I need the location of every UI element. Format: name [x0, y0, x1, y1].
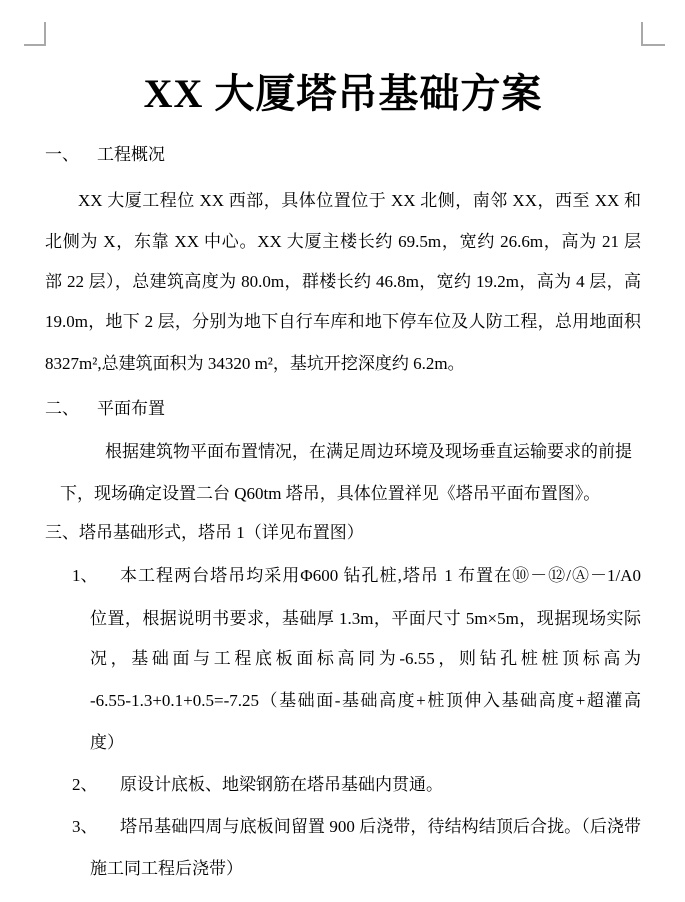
document-title: XX 大厦塔吊基础方案 [45, 66, 641, 122]
paragraph-2-line-1: 根据建筑物平面布置情况，在满足周边环境及现场垂直运输要求的前提 [105, 431, 632, 473]
list-item-1-line-2: 位置，根据说明书要求，基础厚 1.3m，平面尺寸 5m×5m，现据现场实际情 [90, 598, 641, 640]
paragraph-1-line-4: 19.0m，地下 2 层，分别为地下自行车库和地下停车位及人防工程，总用地面积为 [45, 301, 641, 343]
section-2-heading: 二、平面布置 [45, 388, 165, 430]
section-2-marker: 二、 [45, 399, 79, 418]
list-item-3-line-1: 塔吊基础四周与底板间留置 900 后浇带，待结构结顶后合拢。（后浇带 [120, 806, 641, 848]
list-item-2-line-1: 原设计底板、地梁钢筋在塔吊基础内贯通。 [120, 764, 443, 806]
list-item-1-marker: 1、 [72, 555, 98, 597]
list-item-1-line-5: 度） [90, 722, 124, 764]
list-item-2-marker: 2、 [72, 764, 98, 806]
document-page: XX 大厦塔吊基础方案 一、工程概况 XX 大厦工程位 XX 西部，具体位置位于… [0, 0, 685, 902]
paragraph-2-line-2: 下，现场确定设置二台 Q60tm 塔吊，具体位置祥见《塔吊平面布置图》。 [60, 473, 600, 515]
section-1-heading-text: 工程概况 [97, 145, 165, 164]
list-item-1-line-1: 本工程两台塔吊均采用Φ600 钻孔桩,塔吊 1 布置在⑩－⑫/Ⓐ－1/A0 [120, 555, 641, 597]
section-2-heading-text: 平面布置 [97, 399, 165, 418]
list-item-1-line-4: -6.55-1.3+0.1+0.5=-7.25（基础面-基础高度+桩顶伸入基础高… [90, 680, 641, 722]
crop-mark-top-right-icon [641, 22, 665, 46]
section-1-heading: 一、工程概况 [45, 134, 165, 176]
list-item-3-marker: 3、 [72, 806, 98, 848]
list-item-3-line-2: 施工同工程后浇带） [90, 848, 243, 890]
paragraph-1-line-1: XX 大厦工程位 XX 西部，具体位置位于 XX 北侧，南邻 XX，西至 XX … [78, 180, 641, 222]
paragraph-1-line-3: 部 22 层），总建筑高度为 80.0m，群楼长约 46.8m，宽约 19.2m… [45, 261, 641, 303]
list-item-1-line-3: 况，基础面与工程底板面标高同为-6.55，则钻孔桩桩顶标高为 [90, 638, 641, 680]
section-1-marker: 一、 [45, 145, 79, 164]
crop-mark-top-left-icon [24, 22, 46, 46]
paragraph-1-line-2: 北侧为 X，东靠 XX 中心。XX 大厦主楼长约 69.5m，宽约 26.6m，… [45, 221, 641, 263]
section-3-heading: 三、塔吊基础形式，塔吊 1（详见布置图） [45, 512, 364, 554]
paragraph-1-line-5: 8327m²,总建筑面积为 34320 m²，基坑开挖深度约 6.2m。 [45, 343, 465, 385]
